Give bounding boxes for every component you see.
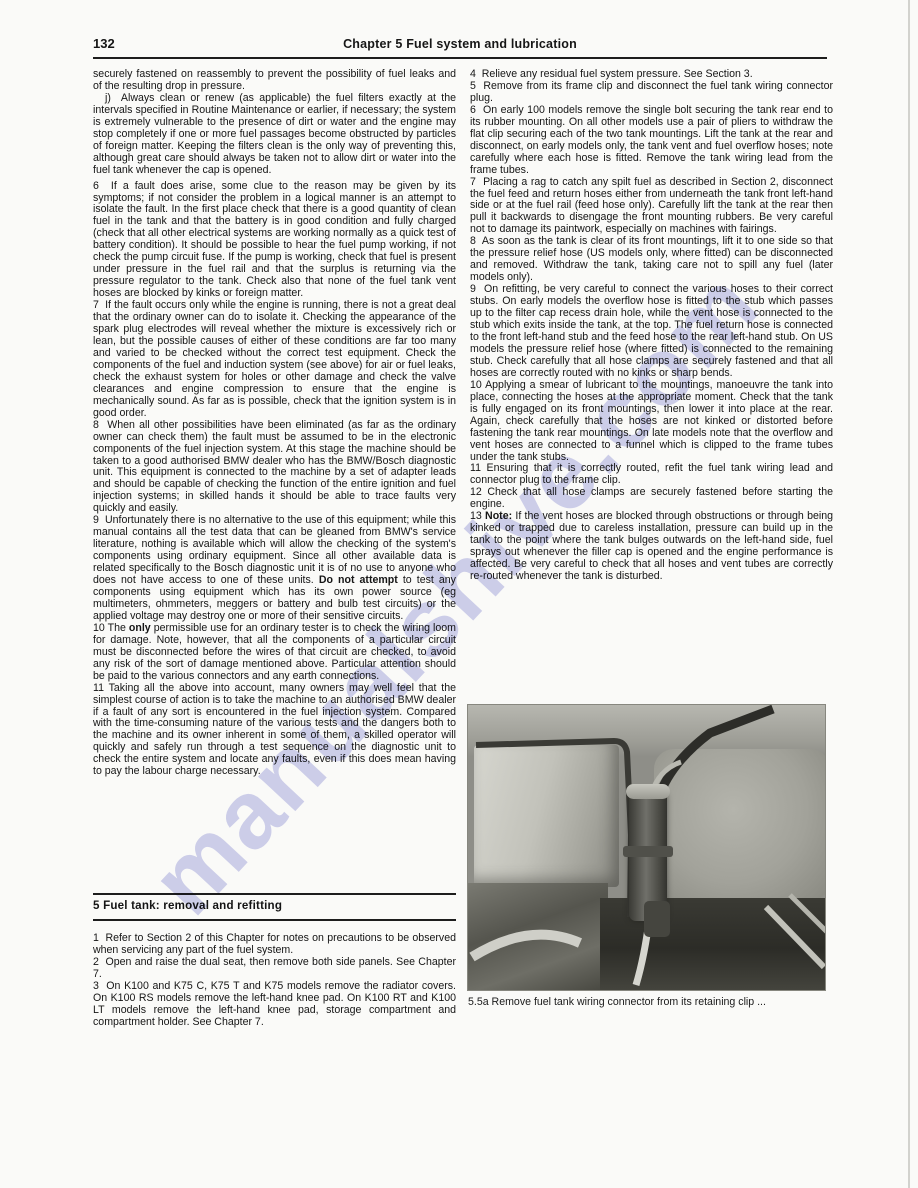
paragraph-r6: 6 On early 100 models remove the single … bbox=[470, 105, 833, 177]
paragraph-r12: 12 Check that all hose clamps are secure… bbox=[470, 487, 833, 511]
paragraph-5: 5 Remove from its frame clip and disconn… bbox=[470, 81, 833, 105]
paragraph-r9: 9 On refitting, be very careful to conne… bbox=[470, 284, 833, 380]
paragraph-13-text: If the vent hoses are blocked through ob… bbox=[470, 510, 833, 582]
section-rule-bottom bbox=[93, 919, 456, 921]
section5-paragraph-3: 3 On K100 and K75 C, K75 T and K75 model… bbox=[93, 981, 456, 1029]
paragraph-r13: 13 Note: If the vent hoses are blocked t… bbox=[470, 511, 833, 583]
paragraph-11: 11 Taking all the above into account, ma… bbox=[93, 683, 456, 779]
section5-paragraph-2: 2 Open and raise the dual seat, then rem… bbox=[93, 957, 456, 981]
paragraph-7: 7 If the fault occurs only while the eng… bbox=[93, 300, 456, 420]
paragraph-continuation: securely fastened on reassembly to preve… bbox=[93, 69, 456, 93]
paragraph-r10: 10 Applying a smear of lubricant to the … bbox=[470, 380, 833, 464]
photo-caption: 5.5a Remove fuel tank wiring connector f… bbox=[468, 996, 830, 1008]
photo-fuel-tank-connector bbox=[468, 705, 825, 990]
paragraph-r7: 7 Placing a rag to catch any spilt fuel … bbox=[470, 177, 833, 237]
paragraph-13-num: 13 bbox=[470, 510, 485, 522]
section-heading: 5 Fuel tank: removal and refitting bbox=[93, 899, 456, 912]
chapter-title: Chapter 5 Fuel system and lubrication bbox=[93, 37, 827, 51]
photo-retaining-clip bbox=[623, 846, 673, 857]
paragraph-10-text: 10 The bbox=[93, 622, 129, 634]
manual-page: 132 Chapter 5 Fuel system and lubricatio… bbox=[0, 0, 918, 1188]
right-column: 4 Relieve any residual fuel system press… bbox=[470, 69, 833, 583]
section-rule-top bbox=[93, 893, 456, 895]
photo-connector-lug bbox=[644, 901, 670, 937]
paragraph-9-bold: Do not attempt bbox=[319, 574, 398, 586]
paragraph-r8: 8 As soon as the tank is clear of its fr… bbox=[470, 236, 833, 284]
paragraph-8: 8 When all other possibilities have been… bbox=[93, 420, 456, 516]
left-column: securely fastened on reassembly to preve… bbox=[93, 69, 456, 778]
photo-connector-cap bbox=[626, 784, 670, 799]
header-rule bbox=[93, 57, 827, 59]
paragraph-10-bold: only bbox=[129, 622, 151, 634]
paragraph-10: 10 The only permissible use for an ordin… bbox=[93, 623, 456, 683]
section5-paragraph-1: 1 Refer to Section 2 of this Chapter for… bbox=[93, 933, 456, 957]
paragraph-9: 9 Unfortunately there is no alternative … bbox=[93, 515, 456, 623]
paragraph-r11: 11 Ensuring that it is correctly routed,… bbox=[470, 463, 833, 487]
paragraph-6: 6 If a fault does arise, some clue to th… bbox=[93, 181, 456, 301]
section-5-body: 1 Refer to Section 2 of this Chapter for… bbox=[93, 933, 456, 1029]
paragraph-13-note-bold: Note: bbox=[485, 510, 512, 522]
paragraph-j: j) Always clean or renew (as applicable)… bbox=[93, 93, 456, 177]
scan-edge-line bbox=[908, 0, 910, 1188]
